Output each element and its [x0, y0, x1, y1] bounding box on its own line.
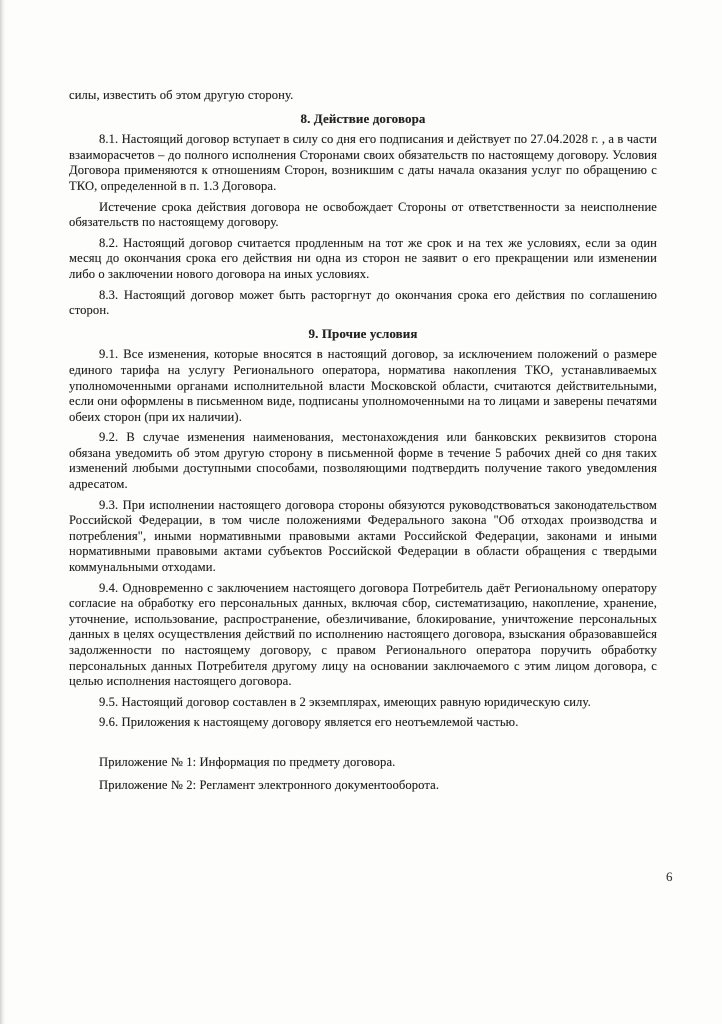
section-8-title: 8. Действие договора: [69, 111, 657, 127]
clause-8-1-note: Истечение срока действия договора не осв…: [69, 200, 657, 231]
scan-edge-artifact: [0, 0, 6, 1024]
clause-9-6: 9.6. Приложения к настоящему договору яв…: [69, 715, 657, 731]
attachment-2: Приложение № 2: Регламент электронного д…: [69, 778, 657, 794]
clause-9-2: 9.2. В случае изменения наименования, ме…: [69, 430, 657, 492]
page-number: 6: [666, 869, 673, 885]
clause-9-4: 9.4. Одновременно с заключением настояще…: [69, 581, 657, 690]
clause-8-1: 8.1. Настоящий договор вступает в силу с…: [69, 132, 657, 194]
section-9-title: 9. Прочие условия: [69, 326, 657, 342]
clause-9-3: 9.3. При исполнении настоящего договора …: [69, 498, 657, 576]
document-content: силы, известить об этом другую сторону. …: [69, 88, 657, 800]
continuation-line: силы, известить об этом другую сторону.: [69, 88, 657, 104]
clause-9-5: 9.5. Настоящий договор составлен в 2 экз…: [69, 695, 657, 711]
document-page: силы, известить об этом другую сторону. …: [0, 0, 722, 1024]
clause-8-3: 8.3. Настоящий договор может быть растор…: [69, 288, 657, 319]
attachment-1: Приложение № 1: Информация по предмету д…: [69, 755, 657, 771]
clause-9-1: 9.1. Все изменения, которые вносятся в н…: [69, 347, 657, 425]
clause-8-2: 8.2. Настоящий договор считается продлен…: [69, 236, 657, 283]
attachments-list: Приложение № 1: Информация по предмету д…: [69, 755, 657, 793]
